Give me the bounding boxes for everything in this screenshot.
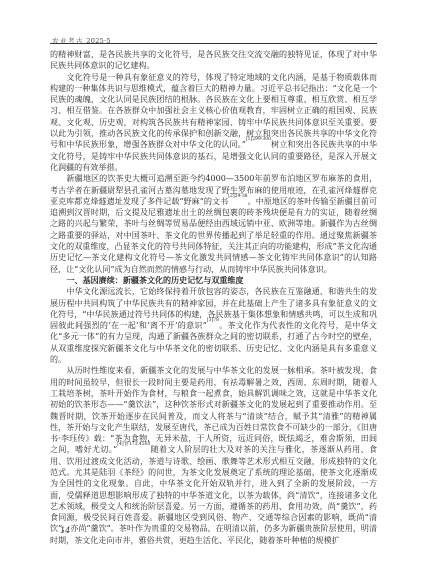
paragraph: 新疆地区的饮茶史大概可追溯至距今约4000—3500年前罗布泊地区罗布麻茶的食用…: [50, 173, 377, 275]
paragraph-text: 从历时性维度来看，新疆茶文化的发展与中华茶文化的发展一脉相承。茶叶被发现、食用的…: [50, 366, 377, 454]
paragraph: 文化符号是一种具有象征意义的符号，体现了特定地域的文化内涵，是基于物质载体而构建…: [50, 72, 377, 174]
paragraph: 的精神财富，是各民族共享的文化符号，是各民族交往交流交融的独特见证，体现了对中华…: [50, 49, 377, 72]
citation: [1]299-300: [246, 137, 271, 142]
citation: [4]卷173,4503: [117, 442, 150, 447]
citation: [3]78: [207, 318, 219, 323]
paragraph-text: 。中原地区的茶叶传输至新疆目前可追溯到汉晋时期，后文提及尼雅遗址出土的丝绸包裹的…: [50, 197, 377, 274]
header-rule: [50, 43, 377, 44]
paragraph-text: 随着文人阶层的壮大及对茶的关注与雅化，茶逐渐从药用、食用、饮用过渡成文化活动，茶…: [50, 445, 377, 544]
paragraph-text: 文化符号是一种具有象征意义的符号，体现了特定地域的文化内涵，是基于物质载体而构建…: [50, 73, 377, 150]
section-heading: 一、基因赓续：新疆茶文化的历史记忆与双重维度: [50, 275, 377, 286]
page-number: 14: [60, 526, 70, 535]
paragraph-text: 的精神财富，是各民族共享的文化符号，是各民族交往交流交融的独特见证，体现了对中华…: [50, 50, 377, 70]
article-body: 的精神财富，是各民族共享的文化符号，是各民族交往交流交融的独特见证，体现了对中华…: [50, 49, 377, 546]
paragraph: 中华文化源远流长，它始终保持着开放包容的姿态，各民族在互鉴融通、和谐共生的发展历…: [50, 286, 377, 365]
citation: [2]29-38: [228, 194, 247, 199]
paragraph: 从历时性维度来看，新疆茶文化的发展与中华茶文化的发展一脉相承。茶叶被发现、食用的…: [50, 365, 377, 546]
